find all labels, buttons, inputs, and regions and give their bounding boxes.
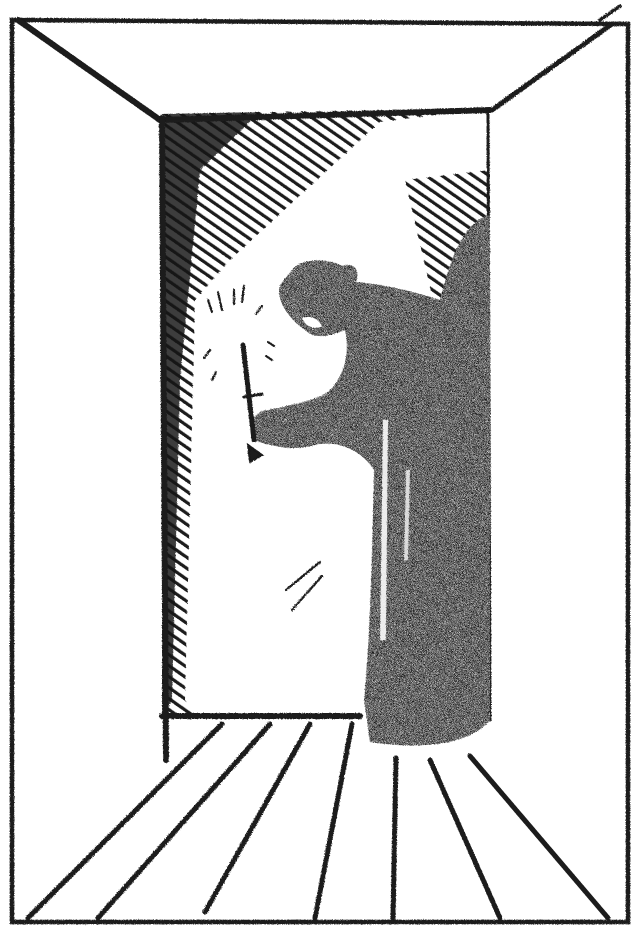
floorboard-lines — [28, 724, 608, 918]
hunched-figure-silhouette — [251, 215, 490, 746]
illustration — [0, 0, 640, 936]
candle-light-rays — [204, 286, 322, 610]
candle — [243, 345, 262, 462]
perspective-ceiling-lines — [18, 20, 612, 120]
